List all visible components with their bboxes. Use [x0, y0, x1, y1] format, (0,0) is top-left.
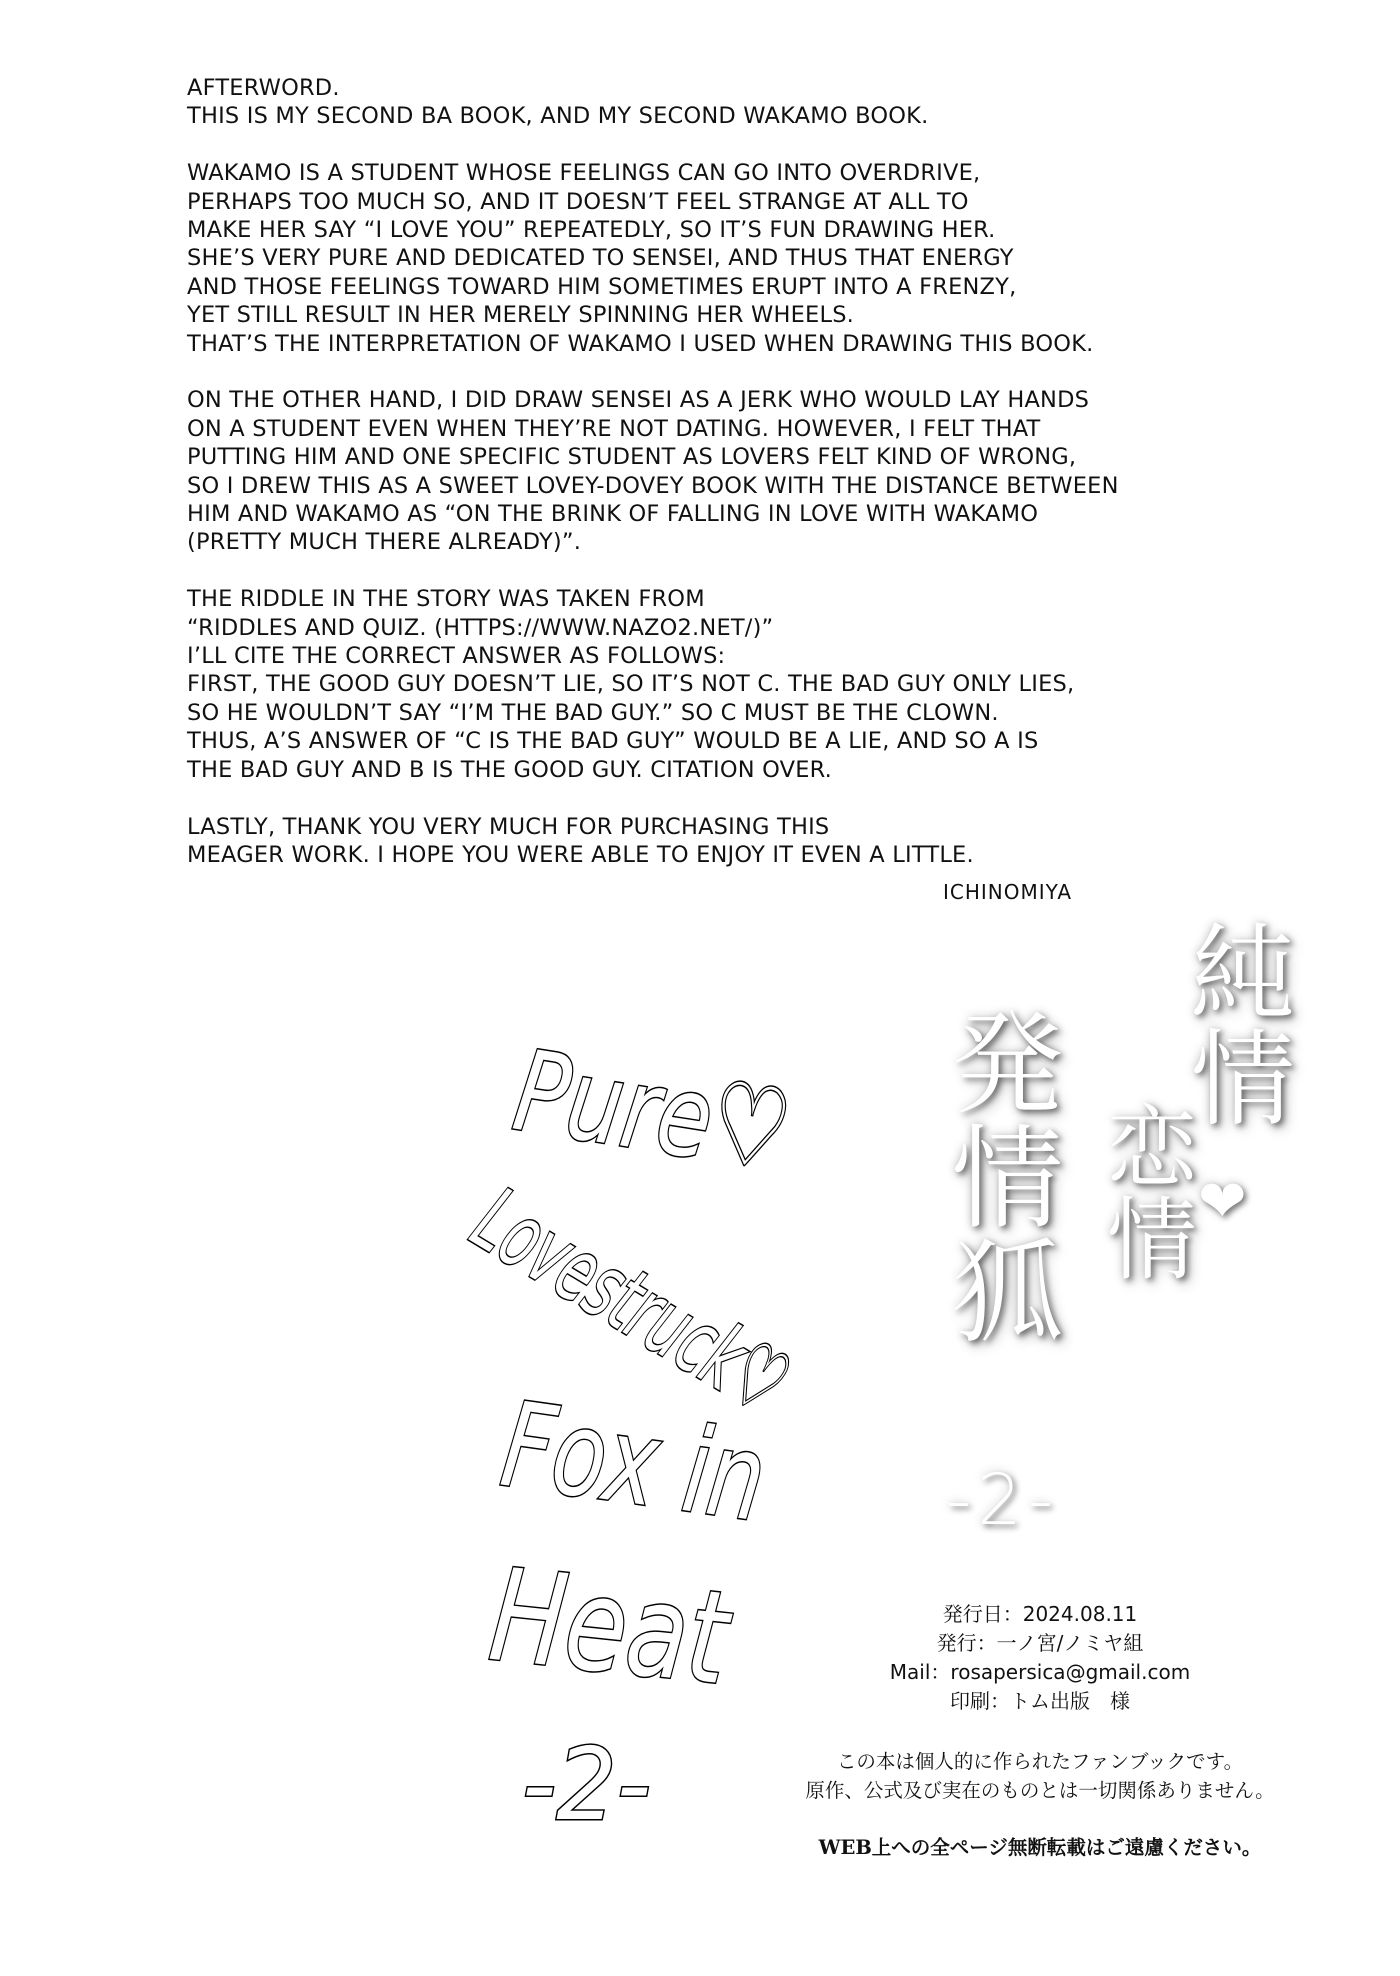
title-line-fox-in: Fox in: [496, 1385, 773, 1538]
text-line: She’s very pure and dedicated to Sensei,…: [187, 244, 1247, 272]
afterword-paragraph-riddle: The riddle in the story was taken from “…: [187, 585, 1247, 784]
text-line: perhaps too much so, and it doesn’t feel…: [187, 188, 1247, 216]
text-line: yet still result in her merely spinning …: [187, 301, 1247, 329]
jp-title-column-2: 恋情: [1098, 1100, 1188, 1284]
text-line: so I drew this as a sweet lovey-dovey bo…: [187, 472, 1247, 500]
text-line: so he wouldn’t say “I’m the bad guy.” So…: [187, 699, 1247, 727]
disclaimer-line-2: 原作、公式及び実在のものとは一切関係ありません。: [760, 1776, 1320, 1805]
text-line: This is my second BA book, and my second…: [187, 102, 1247, 130]
afterword-paragraph-wakamo: Wakamo is a student whose feelings can g…: [187, 159, 1247, 358]
text-line: on a student even when they’re not datin…: [187, 415, 1247, 443]
author-signature: ICHINOMIYA: [943, 880, 1072, 904]
afterword-heading: Afterword.: [187, 74, 1247, 102]
afterword-paragraph-sensei: On the other hand, I did draw Sensei as …: [187, 386, 1247, 556]
colophon: 発行日：2024.08.11 発行：一ノ宮/ノミヤ組 Mail：rosapers…: [850, 1600, 1230, 1716]
disclaimer-line-1: この本は個人的に作られたファンブックです。: [760, 1747, 1320, 1776]
text-line: Thus, A’s answer of “C is the bad guy” w…: [187, 727, 1247, 755]
jp-title-column-3: 発情狐: [942, 1005, 1054, 1347]
text-line: First, the good guy doesn’t lie, so it’s…: [187, 670, 1247, 698]
heart-icon: ❤: [1198, 1172, 1247, 1230]
jp-title-column-1: 純情: [1182, 918, 1286, 1130]
text-line: the bad guy and B is the good guy. Citat…: [187, 756, 1247, 784]
text-line: (pretty much there already)”.: [187, 528, 1247, 556]
publisher: 発行：一ノ宮/ノミヤ組: [850, 1629, 1230, 1658]
text-line: “Riddles and Quiz. (https://www.nazo2.ne…: [187, 614, 1247, 642]
disclaimer: この本は個人的に作られたファンブックです。 原作、公式及び実在のものとは一切関係…: [760, 1747, 1320, 1862]
afterword-paragraph-intro: Afterword. This is my second BA book, an…: [187, 74, 1247, 131]
text-line: meager work. I hope you were able to enj…: [187, 841, 1247, 869]
text-line: putting him and one specific student as …: [187, 443, 1247, 471]
contact-mail: Mail：rosapersica@gmail.com: [850, 1658, 1230, 1687]
text-line: and those feelings toward him sometimes …: [187, 273, 1247, 301]
title-line-heat: Heat: [485, 1552, 734, 1704]
afterword-text: Afterword. This is my second BA book, an…: [187, 74, 1247, 898]
publication-date: 発行日：2024.08.11: [850, 1600, 1230, 1629]
printer: 印刷：トム出版 様: [850, 1687, 1230, 1716]
afterword-paragraph-thanks: Lastly, thank you very much for purchasi…: [187, 813, 1247, 870]
text-line: Lastly, thank you very much for purchasi…: [187, 813, 1247, 841]
text-line: The riddle in the story was taken from: [187, 585, 1247, 613]
reprint-notice: WEB上への全ページ無断転載はご遠慮ください。: [760, 1833, 1320, 1862]
text-line: On the other hand, I did draw Sensei as …: [187, 386, 1247, 414]
title-volume-number: -2-: [522, 1735, 651, 1835]
jp-title-volume-number: -2-: [946, 1465, 1059, 1535]
text-line: Wakamo is a student whose feelings can g…: [187, 159, 1247, 187]
title-line-pure: Pure♡: [507, 1035, 797, 1189]
text-line: him and Wakamo as “On the brink of falli…: [187, 500, 1247, 528]
text-line: I’ll cite the correct answer as follows:: [187, 642, 1247, 670]
text-line: make her say “I love you” repeatedly, so…: [187, 216, 1247, 244]
text-line: That’s the interpretation of Wakamo I us…: [187, 330, 1247, 358]
